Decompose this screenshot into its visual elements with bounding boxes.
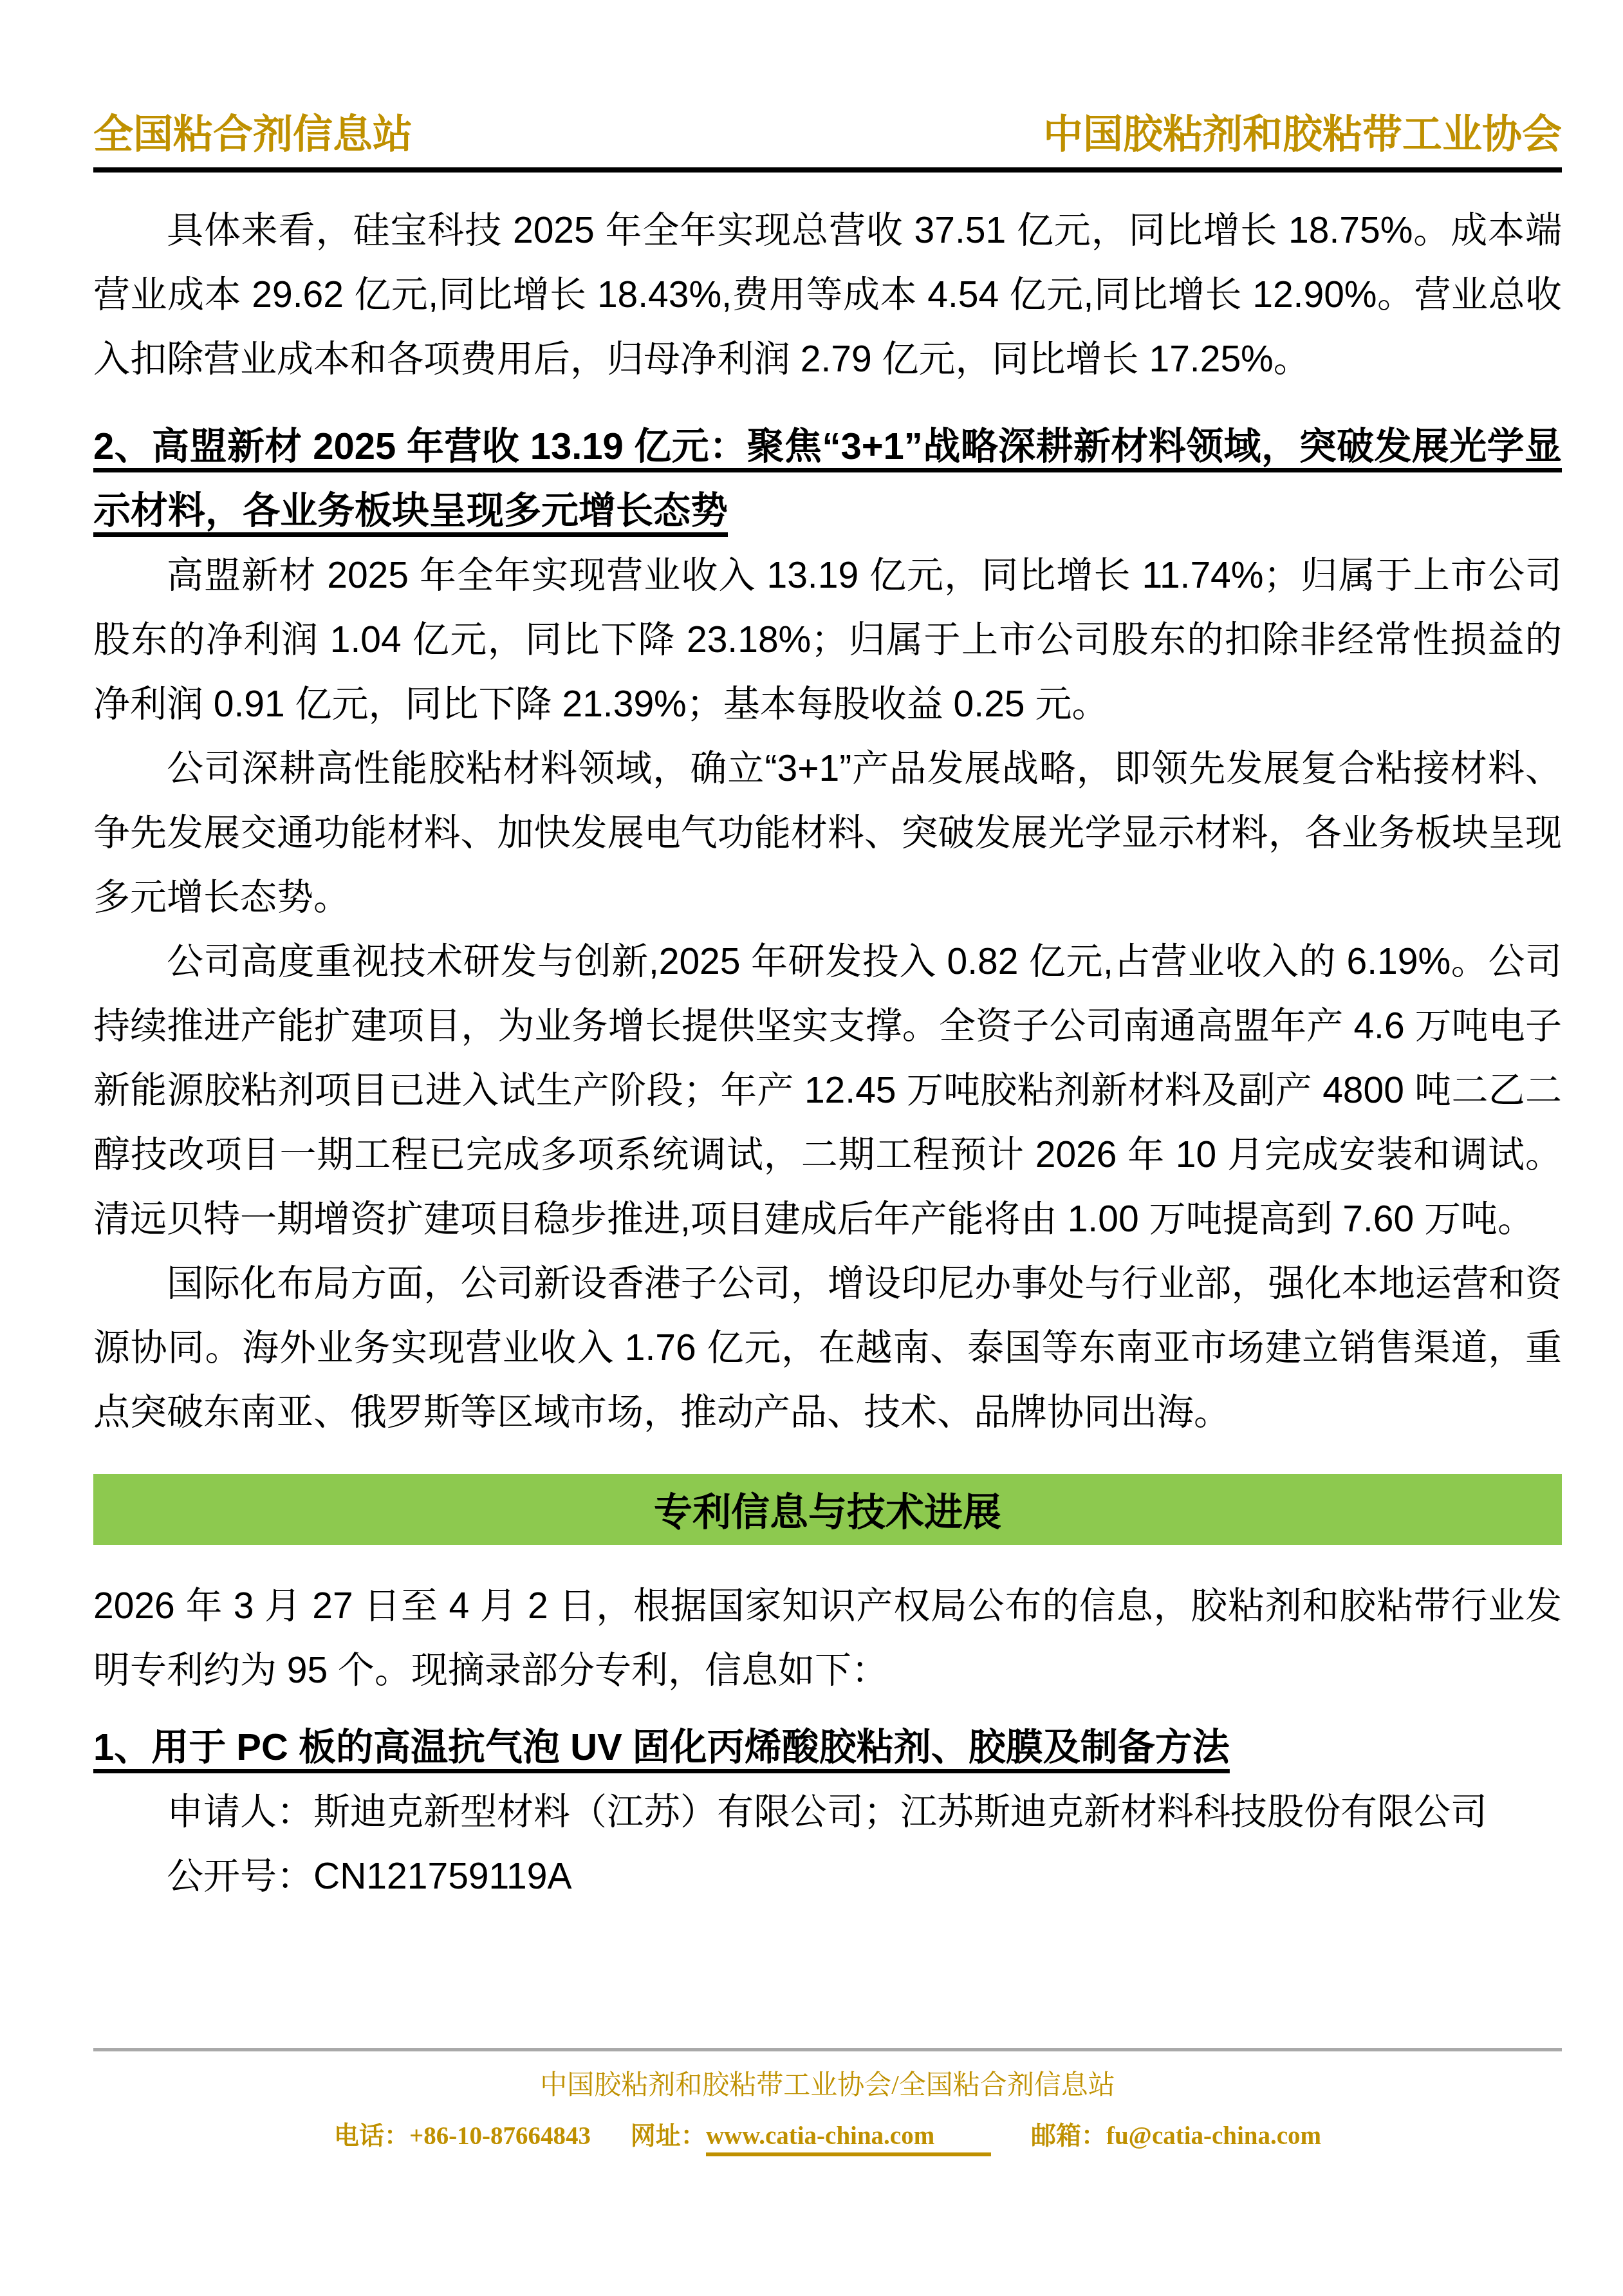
paragraph-gaomeng-strategy: 公司深耕高性能胶粘材料领域，确立“3+1”产品发展战略，即领先发展复合粘接材料、… (93, 736, 1562, 929)
footer-web-link[interactable]: www.catia-china.com (706, 2122, 991, 2156)
header-site-name: 全国粘合剂信息站 (93, 109, 413, 161)
page-header: 全国粘合剂信息站 中国胶粘剂和胶粘带工业协会 (93, 109, 1562, 161)
paragraph-patent-intro: 2026 年 3 月 27 日至 4 月 2 日，根据国家知识产权局公布的信息，… (93, 1574, 1562, 1703)
footer-divider (93, 2048, 1562, 2051)
footer-phone-group: 电话：+86-10-87664843 (334, 2118, 591, 2154)
paragraph-guibao-results: 具体来看，硅宝科技 2025 年全年实现总营收 37.51 亿元，同比增长 18… (93, 198, 1562, 391)
section-heading-gaomeng: 2、高盟新材 2025 年营收 13.19 亿元：聚焦“3+1”战略深耕新材料领… (93, 415, 1562, 543)
footer-web-label: 网址： (631, 2122, 706, 2150)
paragraph-gaomeng-rd-capacity: 公司高度重视技术研发与创新,2025 年研发投入 0.82 亿元,占营业收入的 … (93, 929, 1562, 1251)
footer-email-label: 邮箱： (1031, 2122, 1106, 2150)
paragraph-gaomeng-international: 国际化布局方面，公司新设香港子公司，增设印尼办事处与行业部，强化本地运营和资源协… (93, 1251, 1562, 1444)
patent-heading-uv-adhesive: 1、用于 PC 板的高温抗气泡 UV 固化丙烯酸胶粘剂、胶膜及制备方法 (93, 1715, 1562, 1780)
header-association-name: 中国胶粘剂和胶粘带工业协会 (1043, 109, 1562, 161)
footer-phone-value: +86-10-87664843 (409, 2122, 591, 2150)
document-page: 全国粘合剂信息站 中国胶粘剂和胶粘带工业协会 具体来看，硅宝科技 2025 年全… (0, 0, 1623, 2296)
patent-section-banner: 专利信息与技术进展 (93, 1474, 1562, 1545)
footer-contact-line: 电话：+86-10-87664843 网址：www.catia-china.co… (93, 2118, 1562, 2154)
paragraph-patent-publication-number: 公开号：CN121759119A (93, 1844, 1562, 1909)
page-footer: 中国胶粘剂和胶粘带工业协会/全国粘合剂信息站 电话：+86-10-8766484… (93, 2048, 1562, 2154)
paragraph-patent-applicant: 申请人：斯迪克新型材料（江苏）有限公司；江苏斯迪克新材料科技股份有限公司 (93, 1780, 1562, 1844)
header-rule (93, 167, 1562, 173)
footer-email-value: fu@catia-china.com (1106, 2122, 1321, 2150)
footer-web-group: 网址：www.catia-china.com (631, 2118, 991, 2154)
patent-section-banner-title: 专利信息与技术进展 (654, 1482, 1001, 1537)
footer-email-group: 邮箱：fu@catia-china.com (1031, 2118, 1321, 2154)
paragraph-gaomeng-revenue: 高盟新材 2025 年全年实现营业收入 13.19 亿元，同比增长 11.74%… (93, 543, 1562, 736)
footer-organization-line: 中国胶粘剂和胶粘带工业协会/全国粘合剂信息站 (93, 2067, 1562, 2104)
footer-phone-label: 电话： (334, 2122, 409, 2150)
